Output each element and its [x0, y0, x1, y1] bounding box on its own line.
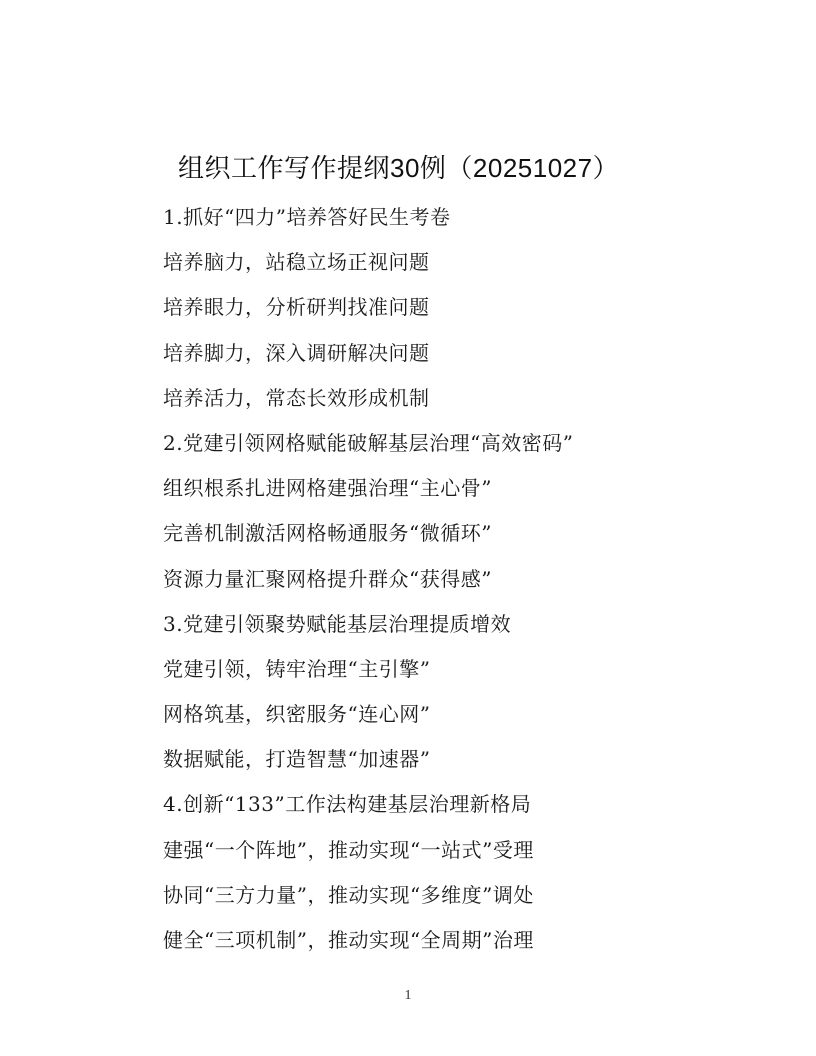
outline-body: 1.抓好“四力”培养答好民生考卷 培养脑力，站稳立场正视问题 培养眼力，分析研判…: [163, 197, 683, 965]
outline-item: 建强“一个阵地”，推动实现“一站式”受理: [163, 830, 683, 875]
outline-item: 培养活力，常态长效形成机制: [163, 378, 683, 423]
section-heading-1: 1.抓好“四力”培养答好民生考卷: [163, 197, 683, 242]
outline-item: 党建引领，铸牢治理“主引擎”: [163, 649, 683, 694]
outline-item: 培养眼力，分析研判找准问题: [163, 287, 683, 332]
page-number: 1: [0, 988, 816, 1004]
outline-item: 组织根系扎进网格建强治理“主心骨”: [163, 468, 683, 513]
outline-item: 数据赋能，打造智慧“加速器”: [163, 739, 683, 784]
outline-item: 协同“三方力量”，推动实现“多维度”调处: [163, 875, 683, 920]
outline-item: 完善机制激活网格畅通服务“微循环”: [163, 513, 683, 558]
section-heading-2: 2.党建引领网格赋能破解基层治理“高效密码”: [163, 423, 683, 468]
outline-item: 培养脚力，深入调研解决问题: [163, 333, 683, 378]
outline-item: 健全“三项机制”，推动实现“全周期”治理: [163, 920, 683, 965]
outline-item: 网格筑基，织密服务“连心网”: [163, 694, 683, 739]
document-page: 组织工作写作提纲30例（20251027） 1.抓好“四力”培养答好民生考卷 培…: [0, 0, 816, 1056]
section-heading-4: 4.创新“133”工作法构建基层治理新格局: [163, 784, 683, 829]
section-heading-3: 3.党建引领聚势赋能基层治理提质增效: [163, 604, 683, 649]
outline-item: 培养脑力，站稳立场正视问题: [163, 242, 683, 287]
document-title: 组织工作写作提纲30例（20251027）: [178, 148, 619, 188]
outline-item: 资源力量汇聚网格提升群众“获得感”: [163, 559, 683, 604]
